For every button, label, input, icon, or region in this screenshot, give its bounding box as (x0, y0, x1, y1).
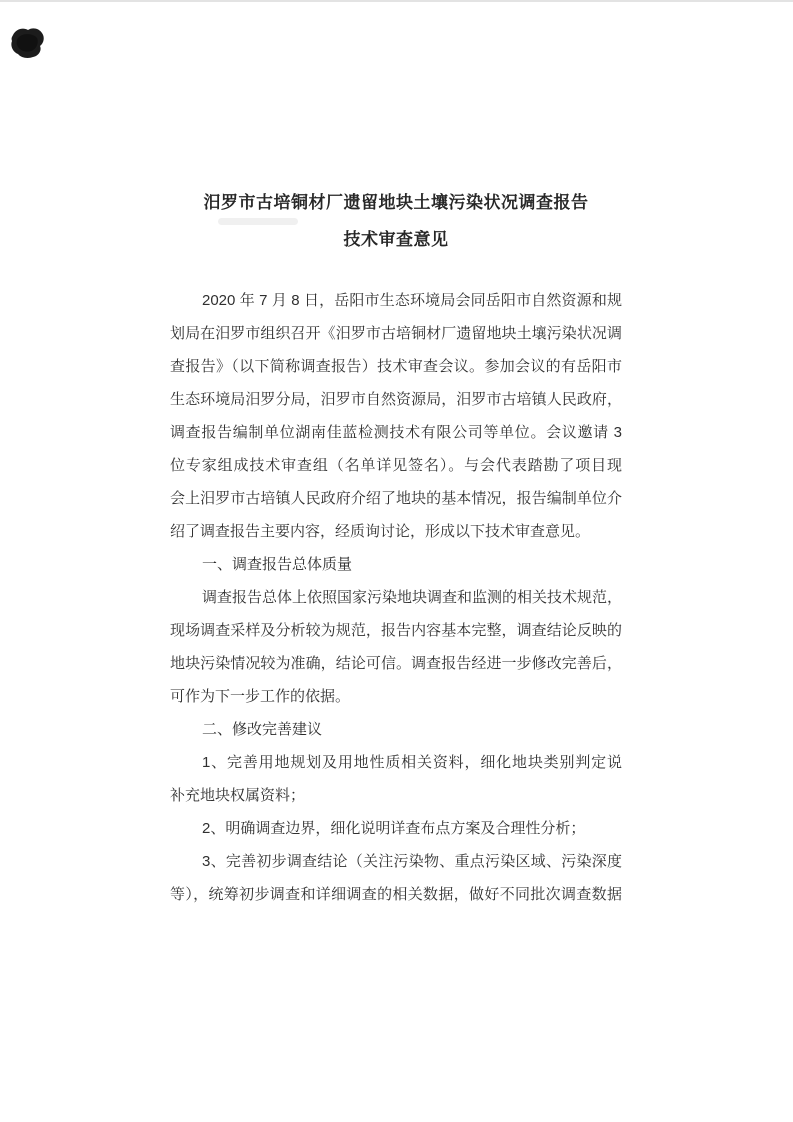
text-line: 等），统筹初步调查和详细调查的相关数据，做好不同批次调查数据 (170, 878, 622, 911)
text-line: 查报告》（以下简称调查报告）技术审查会议。参加会议的有岳阳市 (170, 350, 622, 383)
text-line: 补充地块权属资料； (170, 779, 622, 812)
text-line: 2、明确调查边界，细化说明详查布点方案及合理性分析； (170, 812, 622, 845)
document-title: 汨罗市古培铜材厂遗留地块土壤污染状况调查报告 技术审查意见 (170, 184, 622, 258)
text-line: 可作为下一步工作的依据。 (170, 680, 622, 713)
text-line: 位专家组成技术审查组（名单详见签名）。与会代表踏勘了项目现场， (170, 449, 622, 482)
text-line: 2020 年 7 月 8 日，岳阳市生态环境局会同岳阳市自然资源和规 (170, 284, 622, 317)
scanned-document-page: 汨罗市古培铜材厂遗留地块土壤污染状况调查报告 技术审查意见 2020 年 7 月… (0, 0, 793, 1122)
section-heading: 二、修改完善建议 (170, 713, 622, 746)
text-line: 绍了调查报告主要内容，经质询讨论，形成以下技术审查意见。 (170, 515, 622, 548)
text-line: 生态环境局汨罗分局，汨罗市自然资源局，汨罗市古培镇人民政府， (170, 383, 622, 416)
text-line: 1、完善用地规划及用地性质相关资料，细化地块类别判定说明， (170, 746, 622, 779)
text-line: 现场调查采样及分析较为规范，报告内容基本完整，调查结论反映的 (170, 614, 622, 647)
text-line: 3、完善初步调查结论（关注污染物、重点污染区域、污染深度 (170, 845, 622, 878)
text-line: 划局在汨罗市组织召开《汨罗市古培铜材厂遗留地块土壤污染状况调 (170, 317, 622, 350)
section-heading: 一、调查报告总体质量 (170, 548, 622, 581)
text-line: 会上汨罗市古培镇人民政府介绍了地块的基本情况，报告编制单位介 (170, 482, 622, 515)
document-body: 2020 年 7 月 8 日，岳阳市生态环境局会同岳阳市自然资源和规划局在汨罗市… (170, 284, 622, 911)
text-line: 调查报告总体上依照国家污染地块调查和监测的相关技术规范， (170, 581, 622, 614)
document-title-line-2: 技术审查意见 (170, 221, 622, 258)
text-line: 地块污染情况较为准确，结论可信。调查报告经进一步修改完善后， (170, 647, 622, 680)
document-title-line-1: 汨罗市古培铜材厂遗留地块土壤污染状况调查报告 (170, 184, 622, 221)
scan-top-edge-shadow (0, 0, 793, 2)
scan-ink-blot-artifact (9, 25, 47, 61)
text-line: 调查报告编制单位湖南佳蓝检测技术有限公司等单位。会议邀请 3 (170, 416, 622, 449)
